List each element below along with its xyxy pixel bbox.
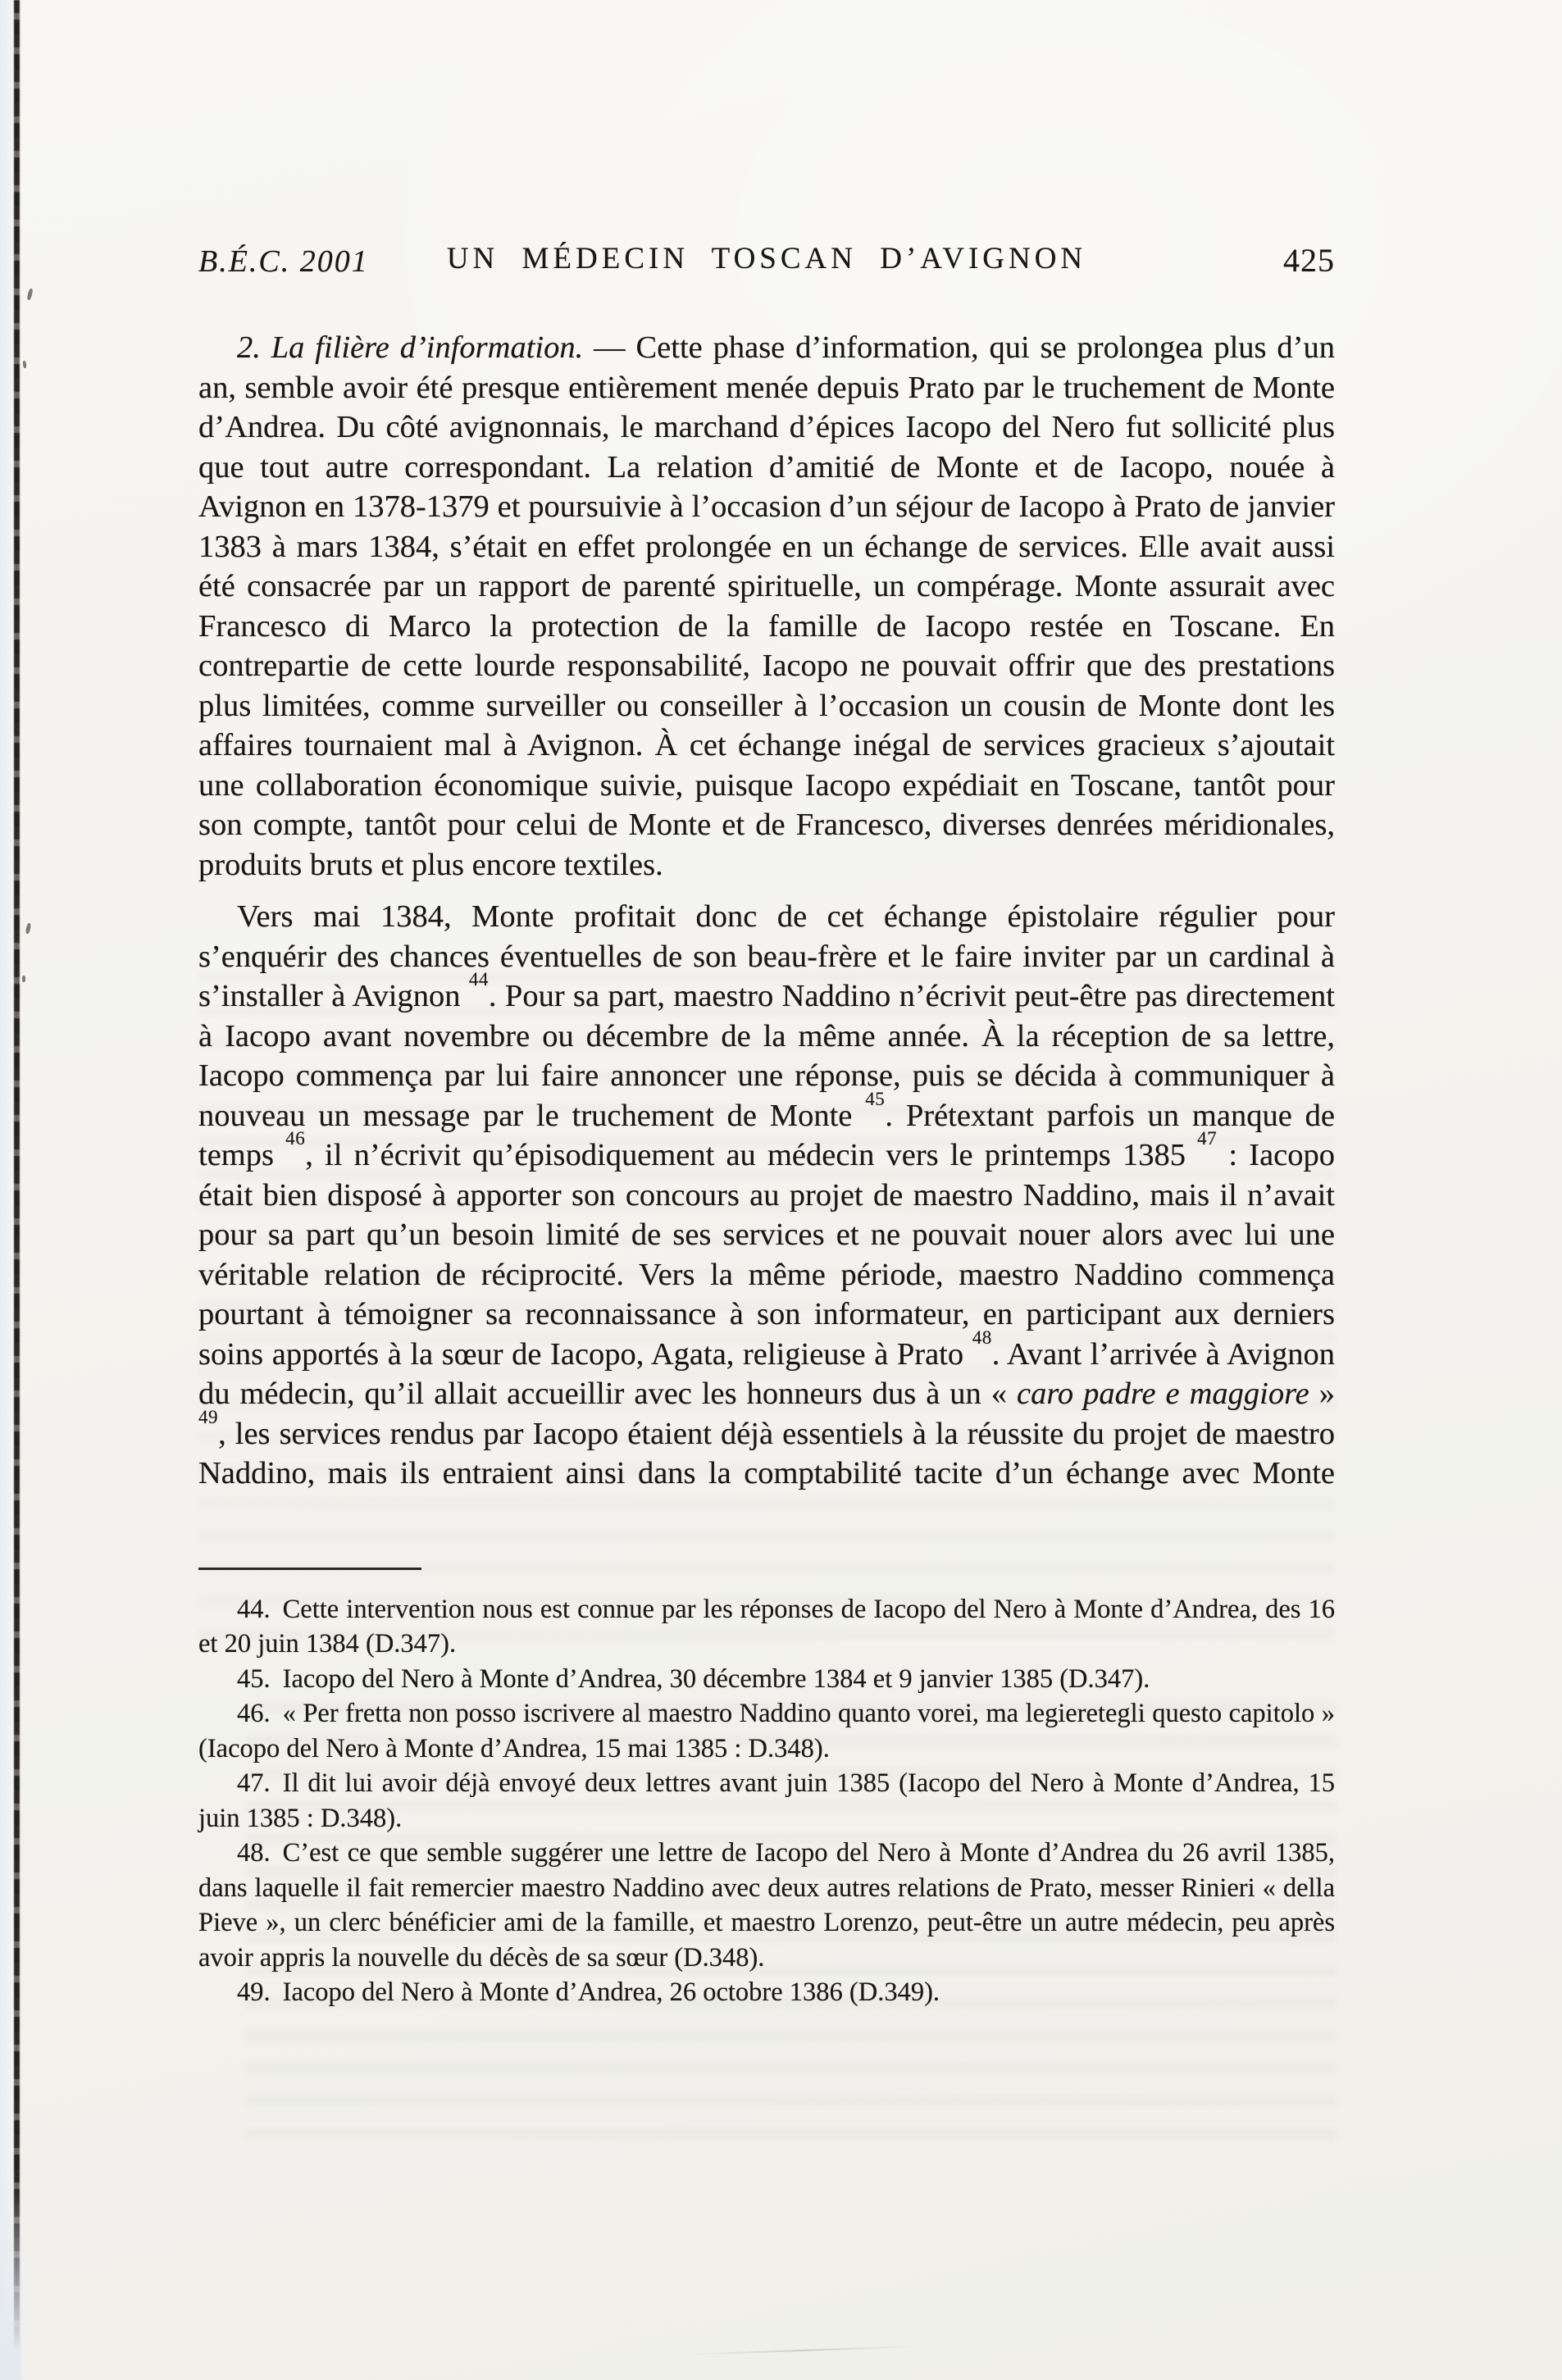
footnote-number: 49. <box>237 1977 271 2007</box>
footnote-ref: 45 <box>865 1088 885 1109</box>
article-body: 2. La filière d’information. — Cette pha… <box>198 328 1335 1494</box>
footnote-text: « Per fretta non posso iscrivere al maes… <box>198 1699 1335 1763</box>
footnote-46: 46.« Per fretta non posso iscrivere al m… <box>198 1696 1335 1766</box>
text-segment: caro padre e maggiore <box>1017 1377 1309 1411</box>
footnote-text: Iacopo del Nero à Monte d’Andrea, 26 oct… <box>283 1977 940 2007</box>
text-segment: » <box>1309 1377 1335 1411</box>
paragraph-2: Vers mai 1384, Monte profitait donc de c… <box>198 897 1335 1494</box>
footnote-45: 45.Iacopo del Nero à Monte d’Andrea, 30 … <box>198 1662 1335 1697</box>
footnote-ref: 44 <box>469 968 489 990</box>
ink-speck <box>22 976 25 982</box>
footnote-49: 49.Iacopo del Nero à Monte d’Andrea, 26 … <box>198 1975 1335 2010</box>
footnote-number: 46. <box>237 1699 271 1728</box>
footnote-ref: 46 <box>285 1127 305 1149</box>
footnote-text: Iacopo del Nero à Monte d’Andrea, 30 déc… <box>283 1664 1150 1694</box>
page-header: B.É.C. 2001 UN MÉDECIN TOSCAN D’AVIGNON … <box>198 241 1335 284</box>
footnote-text: Cette intervention nous est connue par l… <box>198 1595 1335 1659</box>
text-segment: , les services rendus par Iacopo étaient… <box>198 1417 1335 1491</box>
paragraph-1: 2. La filière d’information. — Cette pha… <box>198 328 1335 885</box>
footnote-number: 45. <box>237 1664 271 1694</box>
scanned-journal-page: { "header": { "journal": "B.É.C. 2001", … <box>0 0 1562 2380</box>
footnote-ref: 47 <box>1197 1127 1217 1149</box>
footnotes-block: 44.Cette intervention nous est connue pa… <box>198 1592 1335 2010</box>
footnote-47: 47.Il dit lui avoir déjà envoyé deux let… <box>198 1766 1335 1836</box>
footnote-44: 44.Cette intervention nous est connue pa… <box>198 1592 1335 1662</box>
footnote-number: 48. <box>237 1838 271 1868</box>
footnote-number: 47. <box>237 1768 271 1798</box>
footnote-number: 44. <box>237 1595 271 1624</box>
text-segment: 2. La filière d’information. <box>237 330 583 365</box>
running-title: UN MÉDECIN TOSCAN D’AVIGNON <box>198 241 1335 276</box>
footnote-ref: 48 <box>972 1327 992 1348</box>
text-segment: — Cette phase d’information, qui se prol… <box>198 330 1335 882</box>
footnote-separator <box>198 1568 421 1570</box>
text-segment: , il n’écrivit qu’épisodiquement au méde… <box>305 1138 1197 1172</box>
footnote-text: C’est ce que semble suggérer une lettre … <box>198 1838 1335 1973</box>
printed-content: B.É.C. 2001 UN MÉDECIN TOSCAN D’AVIGNON … <box>198 0 1335 2010</box>
footnote-48: 48.C’est ce que semble suggérer une lett… <box>198 1836 1335 1975</box>
footnote-text: Il dit lui avoir déjà envoyé deux lettre… <box>198 1768 1335 1833</box>
footnote-ref: 49 <box>198 1406 218 1427</box>
paper-edge-line <box>14 0 20 2380</box>
scanner-margin <box>0 0 15 2380</box>
